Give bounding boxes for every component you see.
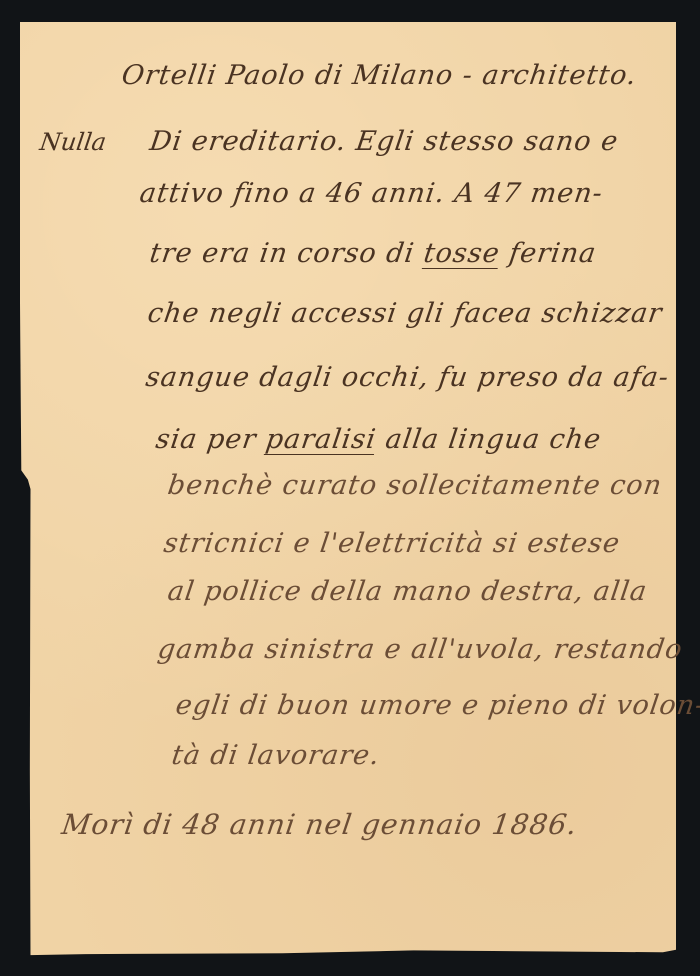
text-line-5: sangue dagli occhi, fu preso da afa- (144, 362, 671, 393)
text-line-11: egli di buon umore e pieno di volon- (174, 690, 700, 721)
text-line-6-suffix: alla lingua che (374, 424, 603, 455)
text-line-10: gamba sinistra e all'uvola, restando (156, 634, 685, 665)
text-line-1: Di ereditario. Egli stesso sano e (148, 126, 621, 157)
text-line-6: sia per paralisi alla lingua che (154, 424, 604, 455)
text-line-3-prefix: tre era in corso di (148, 238, 426, 269)
text-line-2: attivo fino a 46 anni. A 47 men- (138, 178, 605, 209)
text-line-3-suffix: ferina (498, 238, 599, 269)
header-line: Ortelli Paolo di Milano - architetto. (120, 60, 639, 91)
text-line-12: tà di lavorare. (170, 740, 382, 771)
underlined-phrase: tosse (422, 238, 502, 269)
text-line-3: tre era in corso di tosse ferina (148, 238, 599, 269)
text-line-4: che negli accessi gli facea schizzar (146, 298, 665, 329)
margin-note: Nulla (38, 128, 108, 156)
underlined-word: paralisi (264, 424, 379, 455)
closing-line: Morì di 48 anni nel gennaio 1886. (60, 808, 580, 841)
text-line-9: al pollice della mano destra, alla (166, 576, 650, 607)
text-line-8: stricnici e l'elettricità si estese (162, 528, 622, 559)
text-line-7: benchè curato sollecitamente con (166, 470, 664, 501)
text-line-6-prefix: sia per (154, 424, 268, 455)
